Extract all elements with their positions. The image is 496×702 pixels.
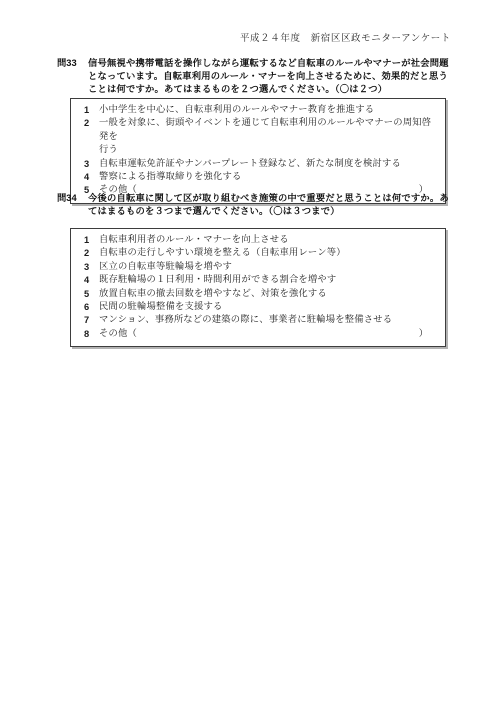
option-number: 3 bbox=[84, 158, 93, 171]
option-row: 2 一般を対象に、街頭やイベントを通じて自転車利用のルールやマナーの周知啓発を … bbox=[71, 117, 437, 157]
option-number: 2 bbox=[84, 247, 93, 260]
question-34: 問34 今後の自転車に関して区が取り組むべき施策の中で重要だと思うことは何ですか… bbox=[57, 192, 457, 218]
option-row: 6 民間の駐輪場整備を支援する bbox=[71, 301, 437, 314]
option-number: 1 bbox=[84, 234, 93, 247]
option-paren-close: ） bbox=[419, 328, 428, 341]
option-number: 5 bbox=[84, 288, 93, 301]
option-text: 放置自転車の撤去回数を増やすなど、対策を強化する bbox=[99, 288, 437, 301]
question-33: 問33 信号無視や携帯電話を操作しながら運転するなど自転車のルールやマナーが社会… bbox=[57, 57, 457, 97]
option-row: 1 小中学生を中心に、自転車利用のルールやマナー教育を推進する bbox=[71, 104, 437, 117]
option-text: 自転車の走行しやすい環境を整える（自転車用レーン等） bbox=[99, 247, 437, 260]
option-number: 4 bbox=[84, 274, 93, 287]
option-number: 7 bbox=[84, 314, 93, 327]
option-text: 小中学生を中心に、自転車利用のルールやマナー教育を推進する bbox=[99, 104, 437, 117]
option-number: 8 bbox=[84, 328, 93, 341]
question-33-number: 問33 bbox=[57, 57, 88, 97]
option-row-other: 8 その他（ ） bbox=[71, 328, 437, 341]
option-text: 警察による指導取締りを強化する bbox=[99, 171, 437, 184]
option-text: マンション、事務所などの建築の際に、事業者に駐輪場を整備させる bbox=[99, 314, 437, 327]
option-number: 6 bbox=[84, 301, 93, 314]
option-row: 1 自転車利用者のルール・マナーを向上させる bbox=[71, 234, 437, 247]
option-row: 2 自転車の走行しやすい環境を整える（自転車用レーン等） bbox=[71, 247, 437, 260]
option-row: 4 既存駐輪場の１日利用・時間利用ができる割合を増やす bbox=[71, 274, 437, 287]
document-header-title: 平成２４年度 新宿区区政モニターアンケート bbox=[240, 30, 451, 44]
option-row: 7 マンション、事務所などの建築の際に、事業者に駐輪場を整備させる bbox=[71, 314, 437, 327]
option-row: 5 放置自転車の撤去回数を増やすなど、対策を強化する bbox=[71, 288, 437, 301]
survey-page: 平成２４年度 新宿区区政モニターアンケート 問33 信号無視や携帯電話を操作しな… bbox=[0, 0, 496, 702]
option-row: 4 警察による指導取締りを強化する bbox=[71, 171, 437, 184]
question-34-number: 問34 bbox=[57, 192, 88, 218]
question-34-text: 今後の自転車に関して区が取り組むべき施策の中で重要だと思うことは何ですか。あ て… bbox=[88, 192, 457, 218]
option-text: その他（ bbox=[99, 328, 419, 341]
question-33-options-box: 1 小中学生を中心に、自転車利用のルールやマナー教育を推進する 2 一般を対象に… bbox=[70, 98, 446, 204]
option-text: 一般を対象に、街頭やイベントを通じて自転車利用のルールやマナーの周知啓発を 行う bbox=[99, 117, 437, 157]
option-number: 1 bbox=[84, 104, 93, 117]
option-text: 自転車運転免許証やナンバープレート登録など、新たな制度を検討する bbox=[99, 158, 437, 171]
option-text: 民間の駐輪場整備を支援する bbox=[99, 301, 437, 314]
question-34-options-box: 1 自転車利用者のルール・マナーを向上させる 2 自転車の走行しやすい環境を整え… bbox=[70, 228, 446, 347]
option-row: 3 区立の自転車等駐輪場を増やす bbox=[71, 261, 437, 274]
option-text: 既存駐輪場の１日利用・時間利用ができる割合を増やす bbox=[99, 274, 437, 287]
option-text: 自転車利用者のルール・マナーを向上させる bbox=[99, 234, 437, 247]
option-number: 4 bbox=[84, 171, 93, 184]
option-number: 2 bbox=[84, 117, 93, 157]
option-row: 3 自転車運転免許証やナンバープレート登録など、新たな制度を検討する bbox=[71, 158, 437, 171]
option-number: 3 bbox=[84, 261, 93, 274]
option-text: 区立の自転車等駐輪場を増やす bbox=[99, 261, 437, 274]
question-33-text: 信号無視や携帯電話を操作しながら運転するなど自転車のルールやマナーが社会問題 と… bbox=[88, 57, 457, 97]
